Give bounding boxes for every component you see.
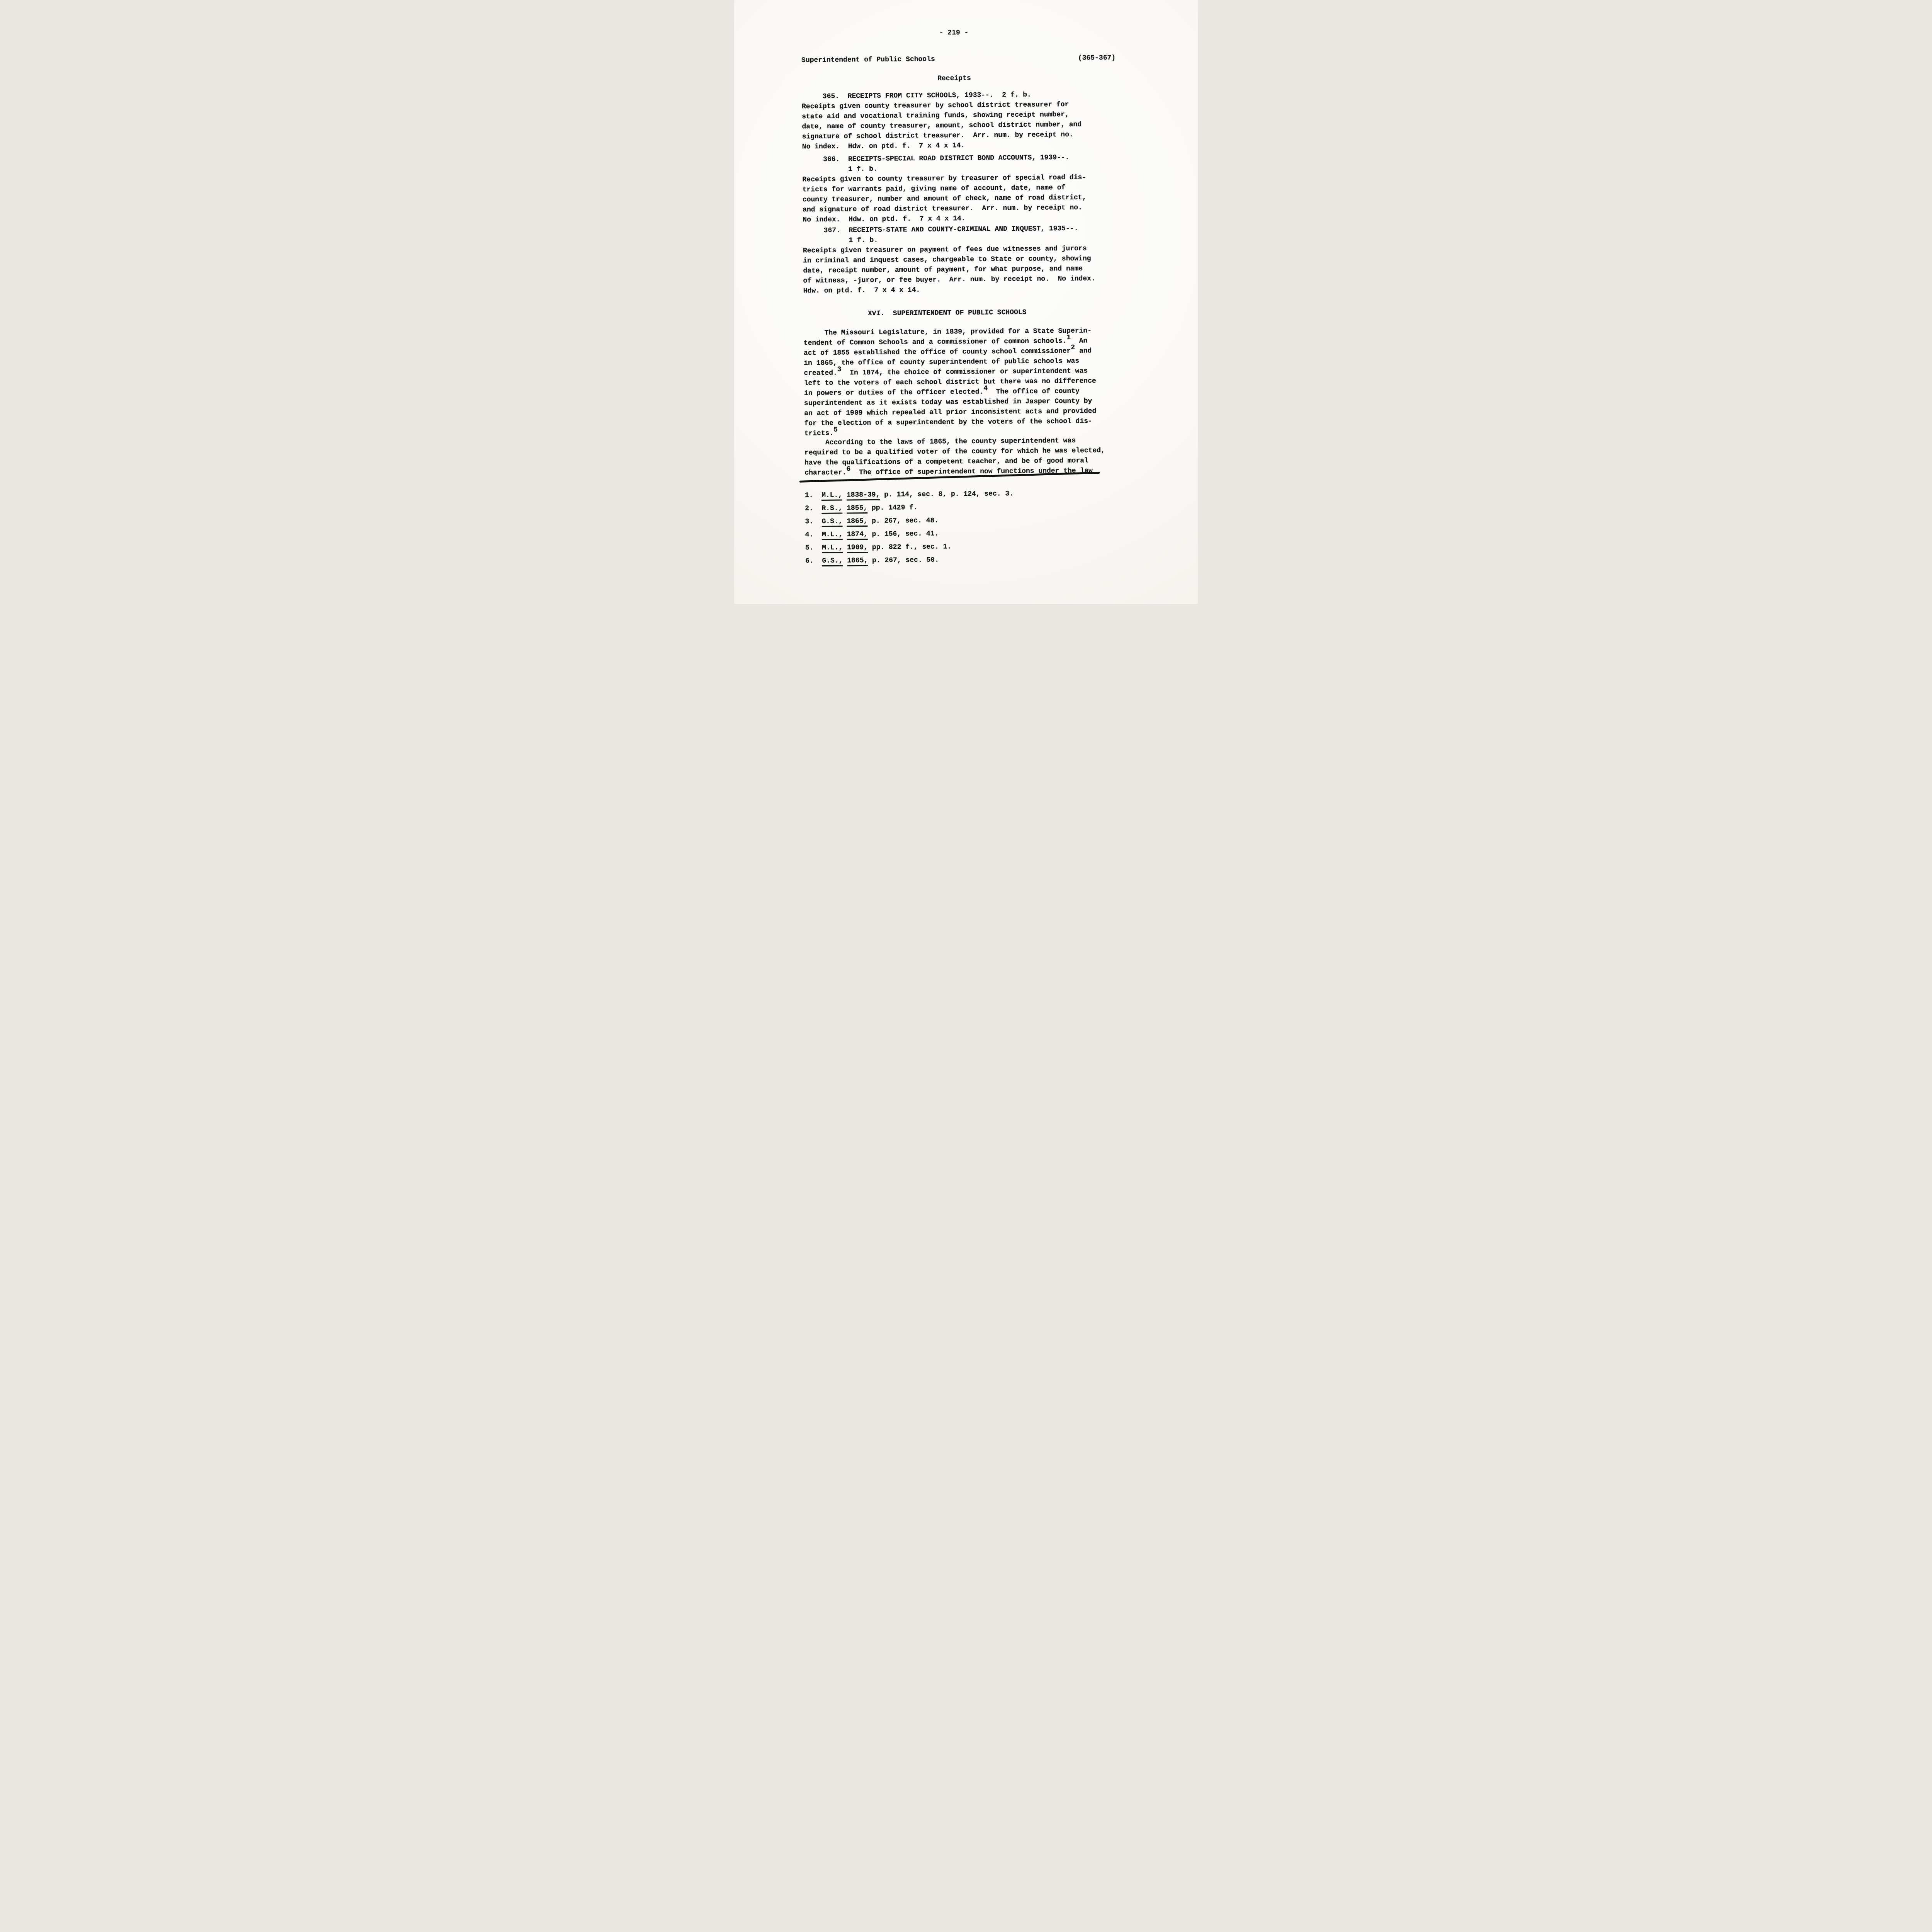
footnote-detail: p. 156, sec. 41. [872,530,939,538]
section-label: Receipts [801,72,1107,85]
footnote-ref: 4 [983,384,988,394]
header-entry-range: (365-367) [1078,53,1116,63]
header-office-title: Superintendent of Public Schools [801,54,935,66]
footnote-number: 1. [805,489,821,502]
running-header: Superintendent of Public Schools (365-36… [801,53,1146,65]
footnote-detail: p. 267, sec. 50. [872,556,939,565]
entry-body-line: No index. Hdw. on ptd. f. 7 x 4 x 14. [802,139,1146,152]
entry-367: 367. RECEIPTS-STATE AND COUNTY-CRIMINAL … [803,223,1147,296]
footnote-citation: G.S., [822,518,843,527]
entry-366: 366. RECEIPTS-SPECIAL ROAD DISTRICT BOND… [802,152,1147,225]
footnote-number: 6. [805,554,822,568]
chapter-paragraph-1: The Missouri Legislature, in 1839, provi… [804,325,1149,439]
typewritten-content: - 219 - Superintendent of Public Schools… [734,0,1198,604]
footnote: 6.G.S.,1865,p. 267, sec. 50. [805,552,1150,568]
footnote-citation: M.L., [821,492,842,501]
page-number: - 219 - [801,27,1106,39]
footnote-number: 3. [805,515,821,528]
scanned-document-page: - 219 - Superintendent of Public Schools… [734,0,1198,604]
footnote-detail: p. 267, sec. 48. [872,517,939,525]
footnote-citation: R.S., [821,505,842,514]
footnote-year: 1838-39, [847,491,880,501]
footnote-number: 5. [805,541,822,554]
footnote-ref: 2 [1071,343,1075,353]
footnote-year: 1865, [847,517,867,527]
footnote-citation: G.S., [822,557,843,566]
footnote-number: 2. [805,502,821,515]
footnotes-block: 1.M.L.,1838-39,p. 114, sec. 8, p. 124, s… [805,486,1150,568]
footnote-year: 1855, [847,504,867,514]
page-number-text: - 219 - [801,27,1106,39]
footnote-ref: 1 [1066,333,1071,343]
chapter-heading-block: XVI. SUPERINTENDENT OF PUBLIC SCHOOLS [803,307,1091,319]
footnote-year: 1865, [847,557,868,566]
section-label-block: Receipts [801,72,1107,85]
footnote-ref: 5 [833,425,838,435]
footnote-detail: pp. 1429 f. [872,504,918,512]
chapter-heading: XVI. SUPERINTENDENT OF PUBLIC SCHOOLS [803,307,1091,319]
footnote-citation: M.L., [822,544,843,553]
footnote-number: 4. [805,528,822,541]
footnote-ref: 6 [846,464,850,474]
entry-365: 365. RECEIPTS FROM CITY SCHOOLS, 1933--.… [802,89,1146,152]
footnote-year: 1874, [847,531,868,540]
footnote-ref: 3 [837,365,842,375]
footnote-detail: p. 114, sec. 8, p. 124, sec. 3. [884,490,1014,499]
footnote-citation: M.L., [822,531,843,540]
footnote-year: 1909, [847,544,868,553]
footnote-detail: pp. 822 f., sec. 1. [872,543,951,551]
